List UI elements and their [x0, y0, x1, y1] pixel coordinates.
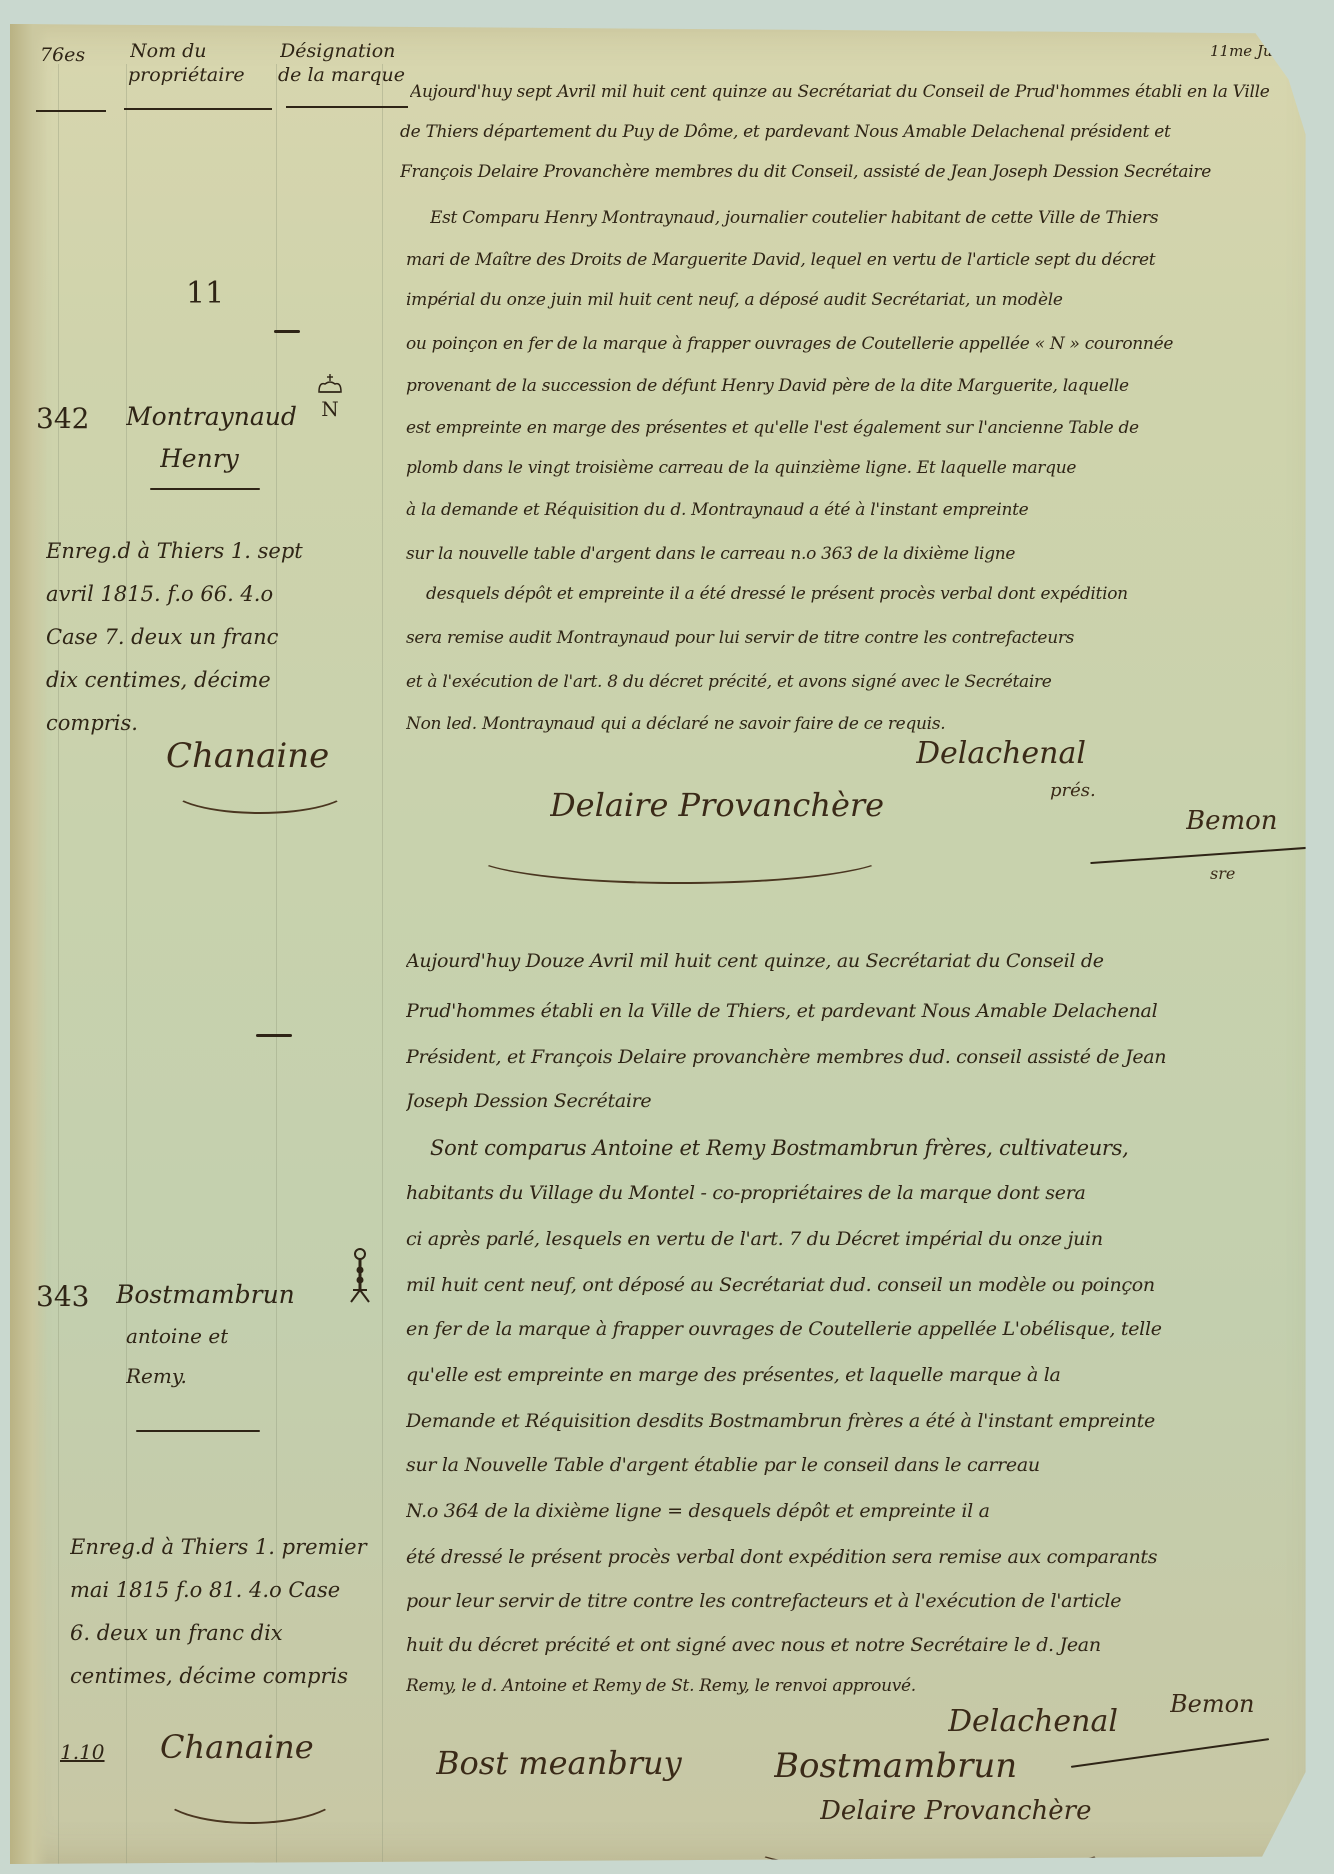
signature-underline	[1090, 846, 1320, 864]
owner-underline	[136, 1430, 260, 1432]
deed-line: Président, et François Delaire provanchè…	[406, 1046, 1286, 1068]
header-mark-line-1: Désignation	[280, 40, 395, 62]
signature-flourish	[470, 824, 890, 884]
registration-note-line: avril 1815. f.o 66. 4.o	[46, 573, 386, 616]
deed-line: huit du décret précité et ont signé avec…	[406, 1634, 1286, 1656]
owner-firstname: Henry	[160, 444, 239, 473]
owner-surname: Montraynaud	[126, 402, 297, 431]
deed-line: mari de Maître des Droits de Marguerite …	[406, 250, 1286, 270]
signature-secretary: Bemon	[1186, 806, 1278, 836]
signature-flourish	[170, 764, 350, 814]
divider-dash	[274, 330, 300, 333]
deed-line: est empreinte en marge des présentes et …	[406, 418, 1286, 438]
deed-line: N.o 364 de la dixième ligne = desquels d…	[406, 1500, 1286, 1522]
deed-line: Non led. Montraynaud qui a déclaré ne sa…	[406, 714, 1266, 734]
signature-underline	[1071, 1738, 1269, 1768]
deed-line: Aujourd'huy sept Avril mil huit cent qui…	[410, 82, 1290, 102]
signature-comparant-1: Bost meanbruy	[436, 1744, 682, 1782]
section-number: 11	[186, 276, 224, 311]
header-owner-line-1: Nom du	[130, 40, 207, 62]
registration-note-line: Enreg.d à Thiers 1. sept	[46, 530, 386, 573]
deed-line: ci après parlé, lesquels en vertu de l'a…	[406, 1228, 1286, 1250]
signature-flourish	[160, 1764, 340, 1824]
deed-line: habitants du Village du Montel - co-prop…	[406, 1182, 1286, 1204]
entry-number: 343	[36, 1280, 89, 1313]
deed-line: de Thiers département du Puy de Dôme, et…	[400, 122, 1280, 142]
obelisk-mark-icon	[340, 1246, 380, 1310]
signature-member: Delaire Provanchère	[550, 786, 884, 824]
header-underline-mark	[286, 106, 408, 108]
deed-line: mil huit cent neuf, ont déposé au Secrét…	[406, 1274, 1286, 1296]
deed-line: Joseph Dession Secrétaire	[406, 1090, 1286, 1112]
margin-rule	[58, 64, 59, 1864]
signature-title-sre: sre	[1210, 864, 1235, 883]
registration-note-line: Enreg.d à Thiers 1. premier	[70, 1526, 390, 1569]
entry-number: 342	[36, 402, 89, 435]
deed-line: qu'elle est empreinte en marge des prése…	[406, 1364, 1286, 1386]
deed-line: sur la nouvelle table d'argent dans le c…	[406, 544, 1286, 564]
deed-line: été dressé le présent procès verbal dont…	[406, 1546, 1286, 1568]
owner-firstname: Remy.	[126, 1364, 187, 1388]
deed-line: sera remise audit Montraynaud pour lui s…	[406, 628, 1286, 648]
registrar-signature: Chanaine	[160, 1728, 314, 1766]
signature-member: Delaire Provanchère	[820, 1796, 1091, 1826]
registration-note-line: mai 1815 f.o 81. 4.o Case	[70, 1569, 390, 1612]
registration-note-line: centimes, décime compris	[70, 1655, 390, 1698]
deed-line: Remy, le d. Antoine et Remy de St. Remy,…	[406, 1676, 1106, 1696]
registration-note-line: Case 7. deux un franc	[46, 616, 386, 659]
signature-president: Delachenal	[948, 1704, 1118, 1739]
signature-title-pres: prés.	[1050, 780, 1096, 801]
deed-line: ou poinçon en fer de la marque à frapper…	[406, 334, 1286, 354]
signature-flourish	[750, 1824, 1110, 1872]
header-underline-owner	[124, 108, 272, 110]
header-top-right: 11me Juillet	[1210, 40, 1302, 62]
deed-line: Prud'hommes établi en la Ville de Thiers…	[406, 1000, 1286, 1022]
deed-line: Est Comparu Henry Montraynaud, journalie…	[430, 208, 1290, 228]
deed-line: et à l'exécution de l'art. 8 du décret p…	[406, 672, 1286, 692]
owner-surname: Bostmambrun	[116, 1280, 295, 1309]
owner-underline	[150, 488, 260, 490]
deed-line: pour leur servir de titre contre les con…	[406, 1590, 1286, 1612]
signature-comparant-2: Bostmambrun	[774, 1746, 1017, 1786]
header-owner-line-2: propriétaire	[128, 64, 245, 86]
signature-secretary: Bemon	[1170, 1690, 1255, 1718]
owner-firstname: antoine et	[126, 1324, 228, 1348]
folio-number: 76es	[40, 44, 85, 66]
deed-line: François Delaire Provanchère membres du …	[400, 162, 1280, 182]
crown-n-mark-icon: N	[310, 372, 350, 426]
header-mark-line-2: de la marque	[278, 64, 405, 86]
deed-line: Sont comparus Antoine et Remy Bostmambru…	[430, 1136, 1290, 1160]
registration-note-line: dix centimes, décime	[46, 659, 386, 702]
deed-line: à la demande et Réquisition du d. Montra…	[406, 500, 1286, 520]
deed-line: Demande et Réquisition desdits Bostmambr…	[406, 1410, 1286, 1432]
divider-dash	[256, 1034, 292, 1037]
deed-line: desquels dépôt et empreinte il a été dre…	[426, 584, 1286, 604]
registration-note: Enreg.d à Thiers 1. sept avril 1815. f.o…	[46, 530, 386, 745]
registration-note: Enreg.d à Thiers 1. premier mai 1815 f.o…	[70, 1526, 390, 1698]
deed-line: plomb dans le vingt troisième carreau de…	[406, 458, 1286, 478]
deed-line: impérial du onze juin mil huit cent neuf…	[406, 290, 1286, 310]
deed-line: provenant de la succession de défunt Hen…	[406, 376, 1286, 396]
register-page: 76es Nom du propriétaire Désignation de …	[10, 24, 1328, 1864]
deed-line: Aujourd'huy Douze Avril mil huit cent qu…	[406, 950, 1286, 972]
deed-line: sur la Nouvelle Table d'argent établie p…	[406, 1454, 1286, 1476]
fee-reference: 1.10	[60, 1740, 105, 1764]
header-underline-folio	[36, 110, 106, 112]
deed-line: en fer de la marque à frapper ouvrages d…	[406, 1318, 1286, 1340]
registration-note-line: 6. deux un franc dix	[70, 1612, 390, 1655]
svg-text:N: N	[321, 397, 339, 421]
signature-president: Delachenal	[916, 736, 1086, 771]
